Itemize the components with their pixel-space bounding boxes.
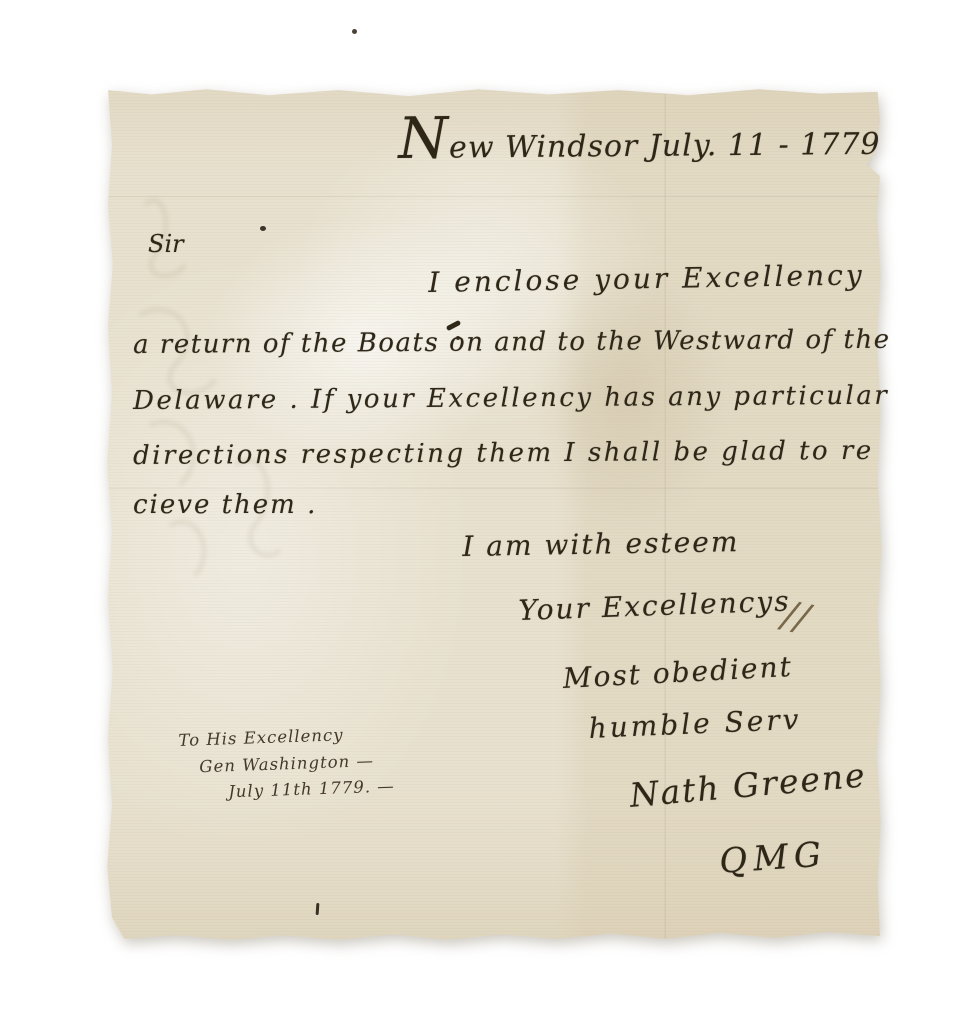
- salutation: Sir: [148, 230, 184, 258]
- docket-endorsement: To His Excellency Gen Washington — July …: [178, 721, 395, 809]
- bleed-through-marks: [115, 165, 335, 585]
- ink-speck: [260, 226, 266, 231]
- dateline: New Windsor July. 11 - 1779: [398, 118, 881, 166]
- ink-speck: [316, 903, 320, 915]
- ink-speck: [935, 931, 941, 937]
- body-line-3: Delaware . If your Excellency has any pa…: [133, 381, 889, 416]
- body-line-2: a return of the Boats on and to the West…: [133, 325, 891, 360]
- ink-speck: [939, 866, 945, 872]
- body-line-5: cieve them .: [133, 490, 317, 520]
- scanned-letter-image: New Windsor July. 11 - 1779 Sir I enclos…: [0, 0, 971, 1024]
- signature-title-qmg: QMG: [718, 834, 828, 881]
- body-line-4: directions respecting them I shall be gl…: [133, 436, 874, 471]
- ink-speck: [352, 29, 357, 34]
- closing-esteem: I am with esteem: [462, 525, 740, 563]
